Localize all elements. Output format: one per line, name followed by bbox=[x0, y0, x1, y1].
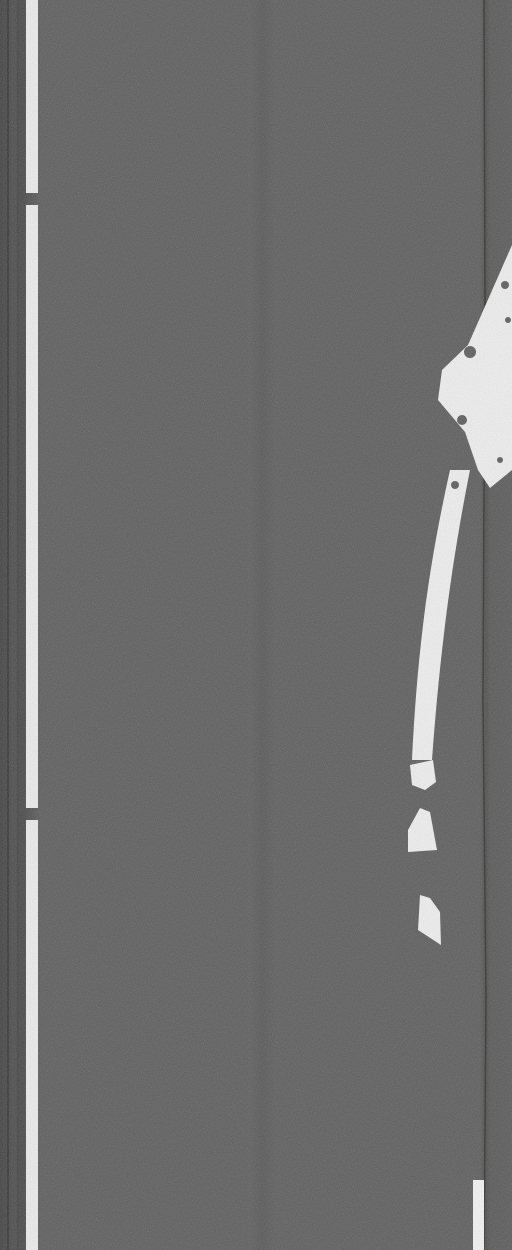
road-photo bbox=[0, 0, 512, 1250]
asphalt-grain bbox=[0, 0, 512, 1250]
